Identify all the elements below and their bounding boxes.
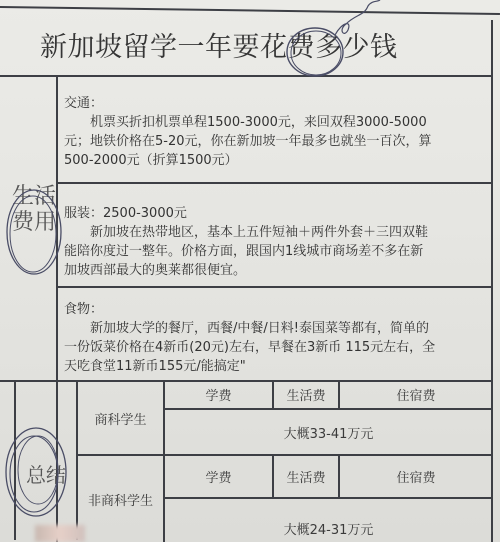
section-body: 新加坡大学的餐厅，西餐/中餐/日料!泰国菜等都有，简单的一份饭菜价格在4新币(2… (64, 319, 436, 376)
left-frame-rule (14, 380, 16, 540)
header-living: 生活费 (274, 381, 338, 408)
section-transport: 交通： 机票买折扣机票单程1500-3000元，来回双程3000-5000元；地… (64, 94, 436, 170)
finger-blur (35, 525, 85, 542)
category-business: 商科学生 (78, 382, 163, 454)
page-title: 新加坡留学一年要花费多少钱 (40, 28, 480, 68)
section-clothing: 服装：2500-3000元 新加坡在热带地区，基本上五件短袖＋两件外套＋三四双鞋… (64, 204, 436, 280)
summary-label: 总结 (16, 462, 76, 488)
total-business: 大概33-41万元 (165, 410, 492, 454)
header-housing: 住宿费 (340, 381, 492, 408)
section-heading: 食物： (64, 300, 436, 319)
section-divider-1 (57, 182, 492, 184)
document-page: 新加坡留学一年要花费多少钱 交通： 机票买折扣机票单程1500-3000元，来回… (0, 0, 500, 542)
section-heading: 服装：2500-3000元 (64, 204, 436, 223)
title-bottom-rule (0, 75, 492, 77)
header-tuition: 学费 (165, 456, 272, 497)
section-body: 新加坡在热带地区，基本上五件短袖＋两件外套＋三四双鞋能陪你度过一整年。价格方面，… (64, 223, 436, 280)
section-food: 食物： 新加坡大学的餐厅，西餐/中餐/日料!泰国菜等都有，简单的一份饭菜价格在4… (64, 300, 436, 376)
category-non-business: 非商科学生 (78, 456, 163, 542)
living-costs-label: 生活 费用 (12, 184, 56, 236)
section-divider-2 (57, 286, 492, 288)
section-body: 机票买折扣机票单程1500-3000元，来回双程3000-5000元；地铁价格在… (64, 113, 436, 170)
title-top-rule (0, 6, 500, 15)
header-tuition: 学费 (165, 381, 272, 408)
header-living: 生活费 (274, 456, 338, 497)
total-non-business: 大概24-31万元 (165, 499, 492, 542)
section-heading: 交通： (64, 94, 436, 113)
header-housing: 住宿费 (340, 456, 492, 497)
